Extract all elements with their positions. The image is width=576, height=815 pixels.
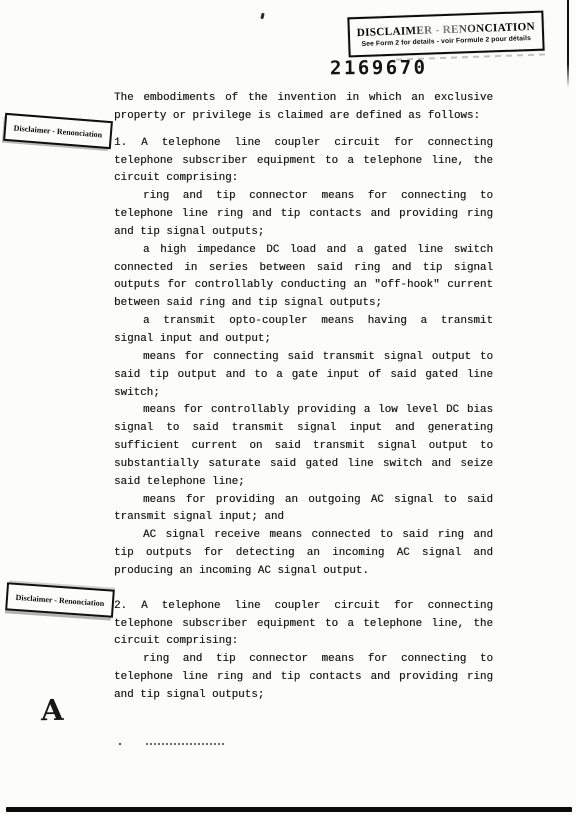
claim-text-line: said telephone line;: [114, 474, 493, 492]
disclaimer-margin-stamp-1-label: Disclaimer - Renonciation: [13, 123, 102, 139]
claim-text-line: said tip output and to a gate input of s…: [114, 367, 493, 385]
claim-text-line: substantially saturate said gated line s…: [114, 456, 493, 474]
claim-text-line: telephone line ring and tip contacts and…: [114, 669, 493, 687]
disclaimer-margin-stamp-2: Disclaimer - Renonciation: [5, 582, 115, 617]
claim-text-line: means for providing an outgoing AC signa…: [114, 492, 493, 510]
claim-text-line: circuit comprising:: [114, 633, 493, 651]
claim-text-line: and tip signal outputs;: [114, 687, 493, 705]
claim-paragraph: ring and tip connector means for connect…: [114, 651, 493, 705]
claim-text-line: property or privilege is claimed are def…: [114, 108, 493, 126]
claim-text-line: 1. A telephone line coupler circuit for …: [114, 135, 493, 153]
pen-squiggle: [146, 743, 224, 745]
claim-text-line: signal input and output;: [114, 331, 493, 349]
claim-text-line: a high impedance DC load and a gated lin…: [114, 242, 493, 260]
claim-paragraph: AC signal receive means connected to sai…: [114, 527, 493, 581]
ink-speck: [260, 13, 264, 20]
patent-number: 2169670: [330, 57, 428, 80]
claim-text-line: telephone subscriber equipment to a tele…: [114, 153, 493, 171]
claim-text-line: The embodiments of the invention in whic…: [114, 90, 493, 108]
claim-text-line: a transmit opto-coupler means having a t…: [114, 313, 493, 331]
claim-paragraph: means for connecting said transmit signa…: [114, 349, 493, 403]
claim-paragraph: ring and tip connector means for connect…: [114, 188, 493, 242]
patent-document-page: DISCLAIMER - RENONCIATION See Form 2 for…: [0, 0, 576, 815]
claim-text-line: switch;: [114, 385, 493, 403]
claim-text-line: producing an incoming AC signal output.: [114, 563, 493, 581]
claim-paragraph: a transmit opto-coupler means having a t…: [114, 313, 493, 349]
claim-text-line: ring and tip connector means for connect…: [114, 651, 493, 669]
claim-text-line: circuit comprising:: [114, 170, 493, 188]
claim-paragraph: The embodiments of the invention in whic…: [114, 90, 493, 126]
claim-paragraph: 1. A telephone line coupler circuit for …: [114, 135, 493, 189]
scan-edge-line: [567, 0, 569, 88]
claim-text-line: signal to said transmit signal input and…: [114, 420, 493, 438]
claim-text-line: tip outputs for detecting an incoming AC…: [114, 545, 493, 563]
claim-paragraph: 2. A telephone line coupler circuit for …: [114, 598, 493, 652]
claim-text-line: telephone subscriber equipment to a tele…: [114, 616, 493, 634]
claim-text-line: 2. A telephone line coupler circuit for …: [114, 598, 493, 616]
claim-text-line: telephone line ring and tip contacts and…: [114, 206, 493, 224]
scan-bottom-bar: [6, 807, 572, 812]
claim-text-line: transmit signal input; and: [114, 509, 493, 527]
disclaimer-margin-stamp-1: Disclaimer - Renonciation: [3, 113, 113, 149]
handwritten-letter-mark: A: [41, 693, 64, 727]
claim-paragraph: a high impedance DC load and a gated lin…: [114, 242, 493, 313]
pen-mark-dot: [119, 743, 121, 745]
claim-paragraph: means for providing an outgoing AC signa…: [114, 492, 493, 528]
claims-text: The embodiments of the invention in whic…: [114, 90, 493, 705]
claim-text-line: connected in series between said ring an…: [114, 260, 493, 278]
claim-text-line: means for connecting said transmit signa…: [114, 349, 493, 367]
claim-text-line: ring and tip connector means for connect…: [114, 188, 493, 206]
disclaimer-header-stamp: DISCLAIMER - RENONCIATION See Form 2 for…: [347, 11, 544, 58]
claim-text-line: means for controllably providing a low l…: [114, 402, 493, 420]
claim-text-line: sufficient current on said transmit sign…: [114, 438, 493, 456]
disclaimer-margin-stamp-2-label: Disclaimer - Renonciation: [15, 592, 104, 607]
claim-paragraph: means for controllably providing a low l…: [114, 402, 493, 491]
claim-text-line: and tip signal outputs;: [114, 224, 493, 242]
claim-text-line: outputs for controllably conducting an "…: [114, 277, 493, 295]
claim-text-line: between said ring and tip signal outputs…: [114, 295, 493, 313]
claim-text-line: AC signal receive means connected to sai…: [114, 527, 493, 545]
